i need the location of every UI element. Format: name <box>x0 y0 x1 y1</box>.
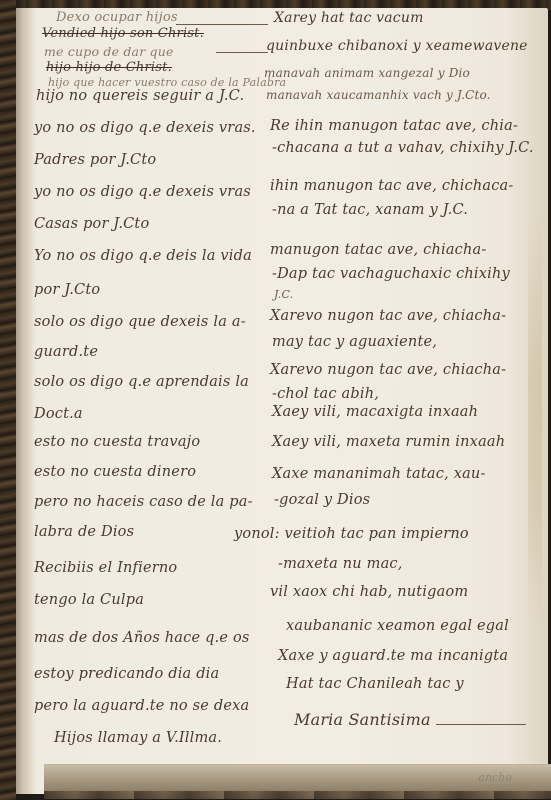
manuscript-scan: Dexo ocupar hijos Vendied hijo son Chris… <box>0 0 551 800</box>
mayan-line: -chacana a tut a vahav, chixihy J.C. <box>272 140 534 156</box>
folio-mark: ancho <box>478 771 512 784</box>
mayan-line: Xaxe y aguard.te ma incanigta <box>278 648 508 664</box>
spanish-line: mas de dos Años hace q.e os <box>34 630 250 646</box>
mayan-line: Hat tac Chanileah tac y <box>286 676 464 692</box>
water-stain <box>528 208 542 628</box>
mayan-line: Xarevo nugon tac ave, chiacha- <box>270 308 506 324</box>
mayan-line-closing: Maria Santisima <box>294 710 431 729</box>
header-mayan-line-3: manavah animam xangezal y Dio <box>264 66 470 80</box>
spanish-line: Hijos llamay a V.Illma. <box>54 730 222 746</box>
spanish-line: Doct.a <box>34 406 83 422</box>
spanish-line: pero la aguard.te no se dexa <box>34 698 249 714</box>
header-mayan-line-4: manavah xaucamanhix vach y J.Cto. <box>266 88 491 102</box>
damaged-bottom-edge: ancho <box>44 764 551 799</box>
spanish-line: Padres por J.Cto <box>34 152 156 168</box>
mayan-line: -maxeta nu mac, <box>278 556 403 572</box>
closing-flourish <box>436 724 526 725</box>
mayan-line: Xarevo nugon tac ave, chiacha- <box>270 362 506 378</box>
header-spanish-line-3: me cupo de dar que <box>44 44 174 59</box>
spanish-line: esto no cuesta dinero <box>34 464 196 480</box>
connector-dash <box>216 52 268 53</box>
mayan-line: yonol: veitioh tac pan impierno <box>234 526 469 542</box>
mayan-line: -na a Tat tac, xanam y J.C. <box>272 202 468 218</box>
spanish-line: yo no os digo q.e dexeis vras. <box>34 120 256 136</box>
spanish-line: labra de Dios <box>34 524 134 540</box>
header-spanish-line-1: Dexo ocupar hijos <box>56 10 178 25</box>
mayan-line: manugon tatac ave, chiacha- <box>270 242 487 258</box>
torn-edge <box>44 791 551 799</box>
manuscript-page: Dexo ocupar hijos Vendied hijo son Chris… <box>16 8 548 794</box>
header-mayan-line-2: quinbuxe chibanoxi y xeamewavene <box>266 38 528 54</box>
connector-dash <box>176 24 268 25</box>
spanish-line: guard.te <box>34 344 98 360</box>
mayan-line: ihin manugon tac ave, chichaca- <box>270 178 514 194</box>
mayan-line: -Dap tac vachaguchaxic chixihy <box>272 266 510 282</box>
mayan-line: -chol tac abih, <box>272 386 379 402</box>
spanish-line: yo no os digo q.e dexeis vras <box>34 184 251 200</box>
spanish-line: pero no haceis caso de la pa- <box>34 494 253 510</box>
mayan-line: J.C. <box>274 288 293 301</box>
mayan-line: vil xaox chi hab, nutigaom <box>270 584 468 600</box>
gutter-shadow <box>16 8 34 794</box>
mayan-line: Xaey vili, maxeta rumin inxaah <box>272 434 505 450</box>
spanish-line: por J.Cto <box>34 282 100 298</box>
header-spanish-line-6: hijo no quereis seguir a J.C. <box>36 88 244 104</box>
spanish-line: solo os digo q.e aprendais la <box>34 374 249 390</box>
mayan-line: -gozal y Dios <box>274 492 370 508</box>
mayan-line: Re ihin manugon tatac ave, chia- <box>270 118 518 134</box>
mayan-line: may tac y aguaxiente, <box>272 334 437 350</box>
header-mayan-line-1: Xarey hat tac vacum <box>274 10 424 26</box>
header-spanish-line-4: hijo hijo de Christ. <box>46 60 172 75</box>
spanish-line: solo os digo que dexeis la a- <box>34 314 246 330</box>
mayan-line: Xaey vili, macaxigta inxaah <box>272 404 478 420</box>
header-spanish-line-2: Vendied hijo son Christ. <box>42 26 204 41</box>
spanish-line: tengo la Culpa <box>34 592 144 608</box>
spanish-line: Yo no os digo q.e deis la vida <box>34 248 252 264</box>
spanish-line: estoy predicando dia dia <box>34 666 219 682</box>
marbled-binding <box>0 0 16 800</box>
mayan-line: xaubananic xeamon egal egal <box>286 618 509 634</box>
spanish-line: esto no cuesta travajo <box>34 434 200 450</box>
spanish-line: Recibiis el Infierno <box>34 560 177 576</box>
mayan-line: Xaxe mananimah tatac, xau- <box>272 466 486 482</box>
spanish-line: Casas por J.Cto <box>34 216 149 232</box>
